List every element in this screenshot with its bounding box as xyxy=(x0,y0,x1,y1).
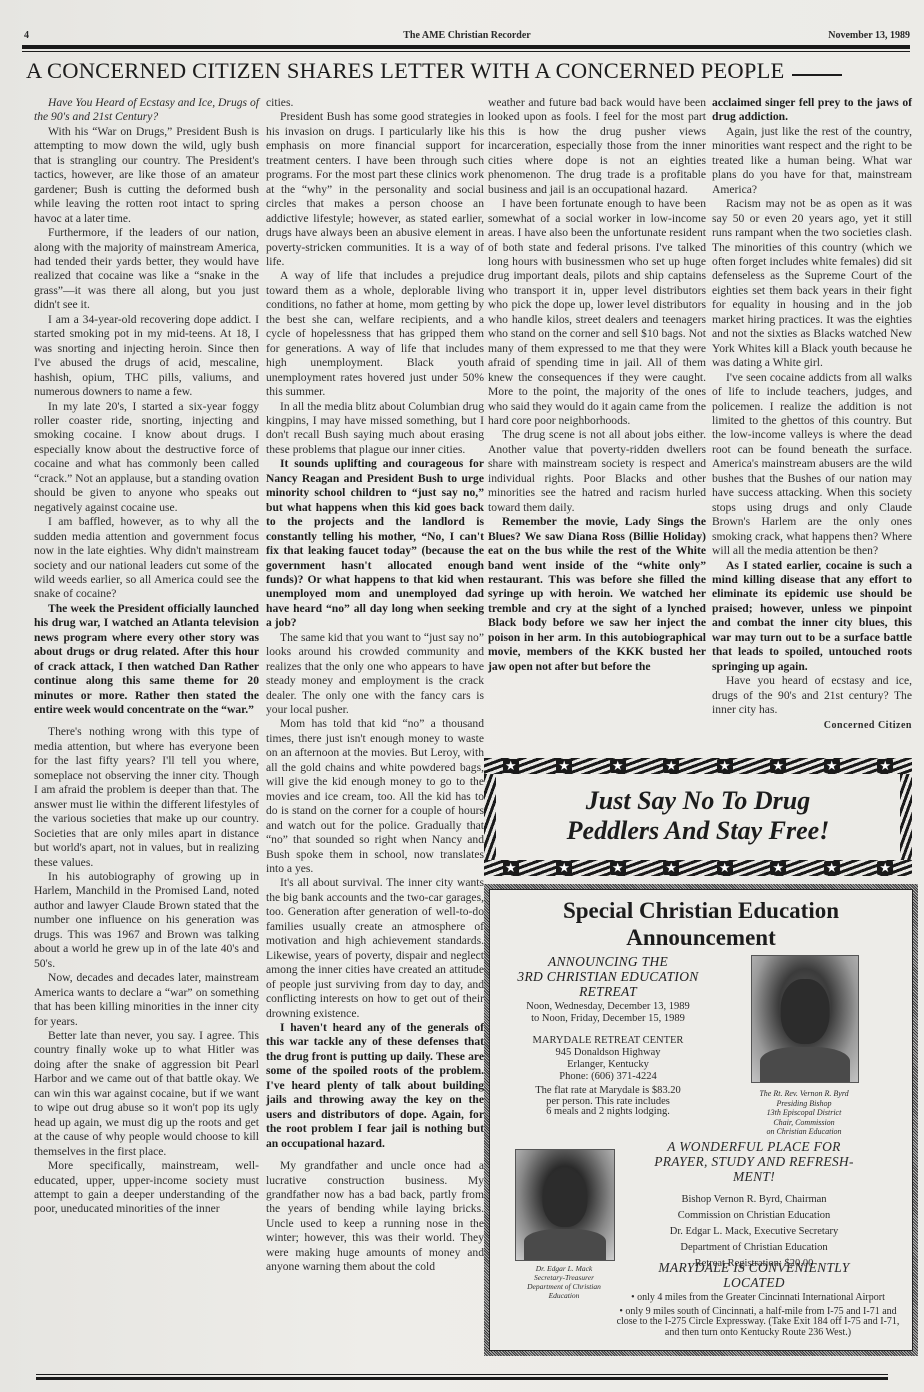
newspaper-page: 4 The AME Christian Recorder November 13… xyxy=(0,0,924,1392)
article-paragraph: acclaimed singer fell prey to the jaws o… xyxy=(712,96,912,125)
venue-name: MARYDALE RETREAT CENTER xyxy=(503,1035,713,1047)
article-paragraph: Now, decades and decades later, mainstre… xyxy=(34,971,259,1029)
official-line: Bishop Vernon R. Byrd, Chairman xyxy=(629,1194,879,1206)
announcing-line: RETREAT xyxy=(503,984,713,999)
portrait-suit xyxy=(524,1229,606,1260)
star-icon: ★ xyxy=(663,861,679,875)
caption-line: Education xyxy=(503,1291,625,1300)
star-border-top: ★★★★★★★★ xyxy=(484,758,912,774)
article-paragraph: It sounds uplifting and courageous for N… xyxy=(266,457,484,630)
headline-text: A CONCERNED CITIZEN SHARES LETTER WITH A… xyxy=(26,58,784,83)
masthead-rule-thick xyxy=(22,45,910,49)
ad-wonderful-place: A WONDERFUL PLACE FOR PRAYER, STUDY AND … xyxy=(619,1139,889,1184)
star-icon: ★ xyxy=(770,759,786,773)
star-icon: ★ xyxy=(877,861,893,875)
article-paragraph: My grandfather and uncle once had a lucr… xyxy=(266,1159,484,1275)
ad-venue: MARYDALE RETREAT CENTER 945 Donaldson Hi… xyxy=(503,1035,713,1083)
official-mack: Dr. Edgar L. Mack, Executive Secretary D… xyxy=(629,1226,879,1254)
official-byrd: Bishop Vernon R. Byrd, Chairman Commissi… xyxy=(629,1194,879,1222)
article-paragraph: Have you heard of ecstasy and ice, drugs… xyxy=(712,674,912,717)
star-icon: ★ xyxy=(503,759,519,773)
photo-bishop-byrd-caption: The Rt. Rev. Vernon R. Byrd Presiding Bi… xyxy=(733,1089,875,1137)
article-paragraph: More specifically, mainstream, well-educ… xyxy=(34,1159,259,1217)
article-paragraph: In his autobiography of growing up in Ha… xyxy=(34,870,259,971)
footer-rule-thick xyxy=(36,1377,888,1380)
article-paragraph: Mom has told that kid “no” a thousand ti… xyxy=(266,717,484,876)
rate-line: The flat rate at Marydale is $83.20 xyxy=(503,1086,713,1097)
article-paragraph: It's all about survival. The inner city … xyxy=(266,876,484,1021)
ad-rate: The flat rate at Marydale is $83.20 per … xyxy=(503,1086,713,1118)
star-icon: ★ xyxy=(610,861,626,875)
caption-line: Chair, Commission xyxy=(733,1118,875,1128)
article-paragraph: Better late than never, you say. I agree… xyxy=(34,1029,259,1159)
star-icon: ★ xyxy=(556,861,572,875)
issue-date: November 13, 1989 xyxy=(828,30,910,41)
official-line: Department of Christian Education xyxy=(629,1242,879,1254)
article-paragraph: I haven't heard any of the generals of t… xyxy=(266,1021,484,1151)
star-icon: ★ xyxy=(503,861,519,875)
article-paragraph: I have been fortunate enough to have bee… xyxy=(488,197,706,428)
ad-located-heading: MARYDALE IS CONVENIENTLY LOCATED xyxy=(619,1260,889,1290)
date-line: Noon, Wednesday, December 13, 1989 xyxy=(503,1001,713,1013)
article-signature: Concerned Citizen xyxy=(712,719,912,733)
star-icon: ★ xyxy=(556,759,572,773)
official-line: Dr. Edgar L. Mack, Executive Secretary xyxy=(629,1226,879,1238)
star-icon: ★ xyxy=(824,861,840,875)
ad-title: Special Christian Education Announcement xyxy=(489,897,913,951)
article-paragraph: Remember the movie, Lady Sings the Blues… xyxy=(488,515,706,674)
article-paragraph: Have You Heard of Ecstasy and Ice, Drugs… xyxy=(34,96,259,125)
located-line: MARYDALE IS CONVENIENTLY xyxy=(619,1260,889,1275)
banner-line-1: Just Say No To Drug xyxy=(504,786,892,816)
article-column-4: acclaimed singer fell prey to the jaws o… xyxy=(712,96,912,734)
ad-dates: Noon, Wednesday, December 13, 1989 to No… xyxy=(503,1001,713,1025)
masthead: 4 The AME Christian Recorder November 13… xyxy=(24,30,910,44)
star-icon: ★ xyxy=(877,759,893,773)
article-column-3: weather and future bad back would have b… xyxy=(488,96,706,674)
ad-title-line-1: Special Christian Education xyxy=(489,897,913,924)
venue-city: Erlanger, Kentucky xyxy=(503,1059,713,1071)
article-paragraph: In all the media blitz about Columbian d… xyxy=(266,400,484,458)
portrait-face xyxy=(781,979,830,1045)
article-paragraph: With his “War on Drugs,” President Bush … xyxy=(34,125,259,226)
official-line: Commission on Christian Education xyxy=(629,1210,879,1222)
located-line: LOCATED xyxy=(619,1275,889,1290)
article-paragraph: The same kid that you want to “just say … xyxy=(266,631,484,718)
article-paragraph: President Bush has some good strategies … xyxy=(266,110,484,269)
article-paragraph: Racism may not be as open as it was say … xyxy=(712,197,912,370)
banner-border-left xyxy=(484,774,496,860)
article-column-1: Have You Heard of Ecstasy and Ice, Drugs… xyxy=(34,96,259,1217)
star-icon: ★ xyxy=(717,759,733,773)
caption-line: The Rt. Rev. Vernon R. Byrd xyxy=(733,1089,875,1099)
caption-line: Secretary-Treasurer xyxy=(503,1273,625,1282)
venue-address: 945 Donaldson Highway xyxy=(503,1047,713,1059)
portrait-suit xyxy=(760,1047,849,1082)
photo-dr-mack-caption: Dr. Edgar L. Mack Secretary-Treasurer De… xyxy=(503,1264,625,1300)
photo-dr-mack xyxy=(515,1149,615,1261)
caption-line: 13th Episcopal District xyxy=(733,1108,875,1118)
article-paragraph: As I stated earlier, cocaine is such a m… xyxy=(712,559,912,675)
star-icon: ★ xyxy=(824,759,840,773)
article-paragraph: In my late 20's, I started a six-year fo… xyxy=(34,400,259,516)
banner-line-2: Peddlers And Stay Free! xyxy=(504,816,892,846)
article-paragraph: I am a 34-year-old recovering dope addic… xyxy=(34,313,259,400)
article-paragraph: Furthermore, if the leaders of our natio… xyxy=(34,226,259,313)
ad-title-line-2: Announcement xyxy=(489,924,913,951)
caption-line: Department of Christian xyxy=(503,1282,625,1291)
article-paragraph: The drug scene is not all about jobs eit… xyxy=(488,428,706,515)
wonderful-line: MENT! xyxy=(619,1169,889,1184)
photo-bishop-byrd xyxy=(751,955,859,1083)
caption-line: on Christian Education xyxy=(733,1127,875,1137)
rate-line: 6 meals and 2 nights lodging. xyxy=(503,1107,713,1118)
masthead-rule-thin xyxy=(22,51,910,52)
announcing-line: ANNOUNCING THE xyxy=(503,954,713,969)
ad-announcing: ANNOUNCING THE 3RD CHRISTIAN EDUCATION R… xyxy=(503,954,713,999)
banner-slogan: Just Say No To Drug Peddlers And Stay Fr… xyxy=(504,786,892,846)
article-headline: A CONCERNED CITIZEN SHARES LETTER WITH A… xyxy=(26,58,916,84)
wonderful-line: A WONDERFUL PLACE FOR xyxy=(619,1139,889,1154)
caption-line: Dr. Edgar L. Mack xyxy=(503,1264,625,1273)
banner-border-right xyxy=(900,774,912,860)
article-paragraph: There's nothing wrong with this type of … xyxy=(34,725,259,870)
wonderful-line: PRAYER, STUDY AND REFRESH- xyxy=(619,1154,889,1169)
article-paragraph: The week the President officially launch… xyxy=(34,602,259,718)
star-icon: ★ xyxy=(717,861,733,875)
star-icon: ★ xyxy=(770,861,786,875)
footer-rule-thin xyxy=(36,1374,888,1375)
just-say-no-banner-ad: ★★★★★★★★ Just Say No To Drug Peddlers An… xyxy=(484,758,912,876)
article-paragraph: I am baffled, however, as to why all the… xyxy=(34,515,259,602)
announcing-line: 3RD CHRISTIAN EDUCATION xyxy=(503,969,713,984)
venue-phone: Phone: (606) 371-4224 xyxy=(503,1071,713,1083)
headline-rule xyxy=(792,74,842,76)
publication-name: The AME Christian Recorder xyxy=(24,30,910,41)
location-bullet: • only 4 miles from the Greater Cincinna… xyxy=(615,1293,901,1304)
article-paragraph: weather and future bad back would have b… xyxy=(488,96,706,197)
article-paragraph: Again, just like the rest of the country… xyxy=(712,125,912,197)
christian-education-announcement-ad: Special Christian Education Announcement… xyxy=(484,884,918,1356)
star-border-bottom: ★★★★★★★★ xyxy=(484,860,912,876)
article-paragraph: A way of life that includes a prejudice … xyxy=(266,269,484,399)
ad-location-bullets: • only 4 miles from the Greater Cincinna… xyxy=(615,1293,901,1341)
article-paragraph: I've seen cocaine addicts from all walks… xyxy=(712,371,912,559)
date-line: to Noon, Friday, December 15, 1989 xyxy=(503,1013,713,1025)
article-paragraph: cities. xyxy=(266,96,484,110)
star-icon: ★ xyxy=(663,759,679,773)
location-bullet: • only 9 miles south of Cincinnati, a ha… xyxy=(615,1307,901,1339)
caption-line: Presiding Bishop xyxy=(733,1099,875,1109)
article-column-2: cities.President Bush has some good stra… xyxy=(266,96,484,1275)
star-icon: ★ xyxy=(610,759,626,773)
portrait-face xyxy=(542,1170,587,1227)
